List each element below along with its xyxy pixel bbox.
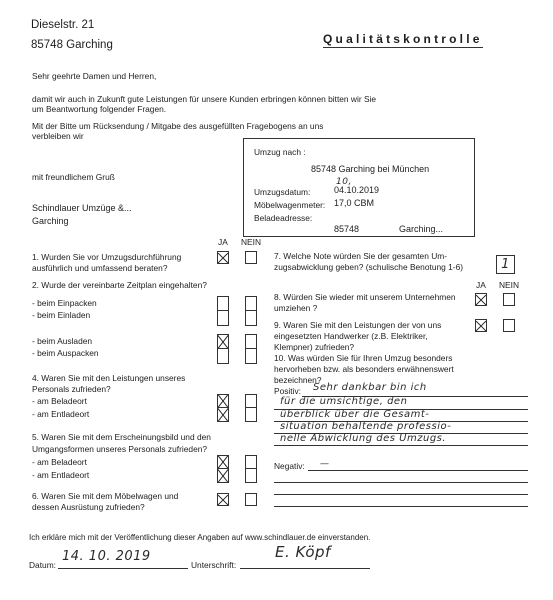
move-date-value: 04.10.2019 [334, 185, 379, 197]
q5-line-1: 5. Waren Sie mit dem Erscheinungsbild un… [32, 432, 211, 443]
q2-einpacken-yes[interactable] [218, 297, 228, 311]
negative-answer[interactable]: — [320, 459, 330, 469]
q4-beladeort-yes[interactable] [218, 395, 228, 408]
consent-text: Ich erkläre mich mit der Veröffentlichun… [29, 533, 370, 542]
q7-line-2: zugsabwicklung geben? (schulische Benotu… [274, 262, 463, 273]
q5-no-checkbox-group[interactable] [245, 455, 257, 483]
q2-item-2: - beim Einladen [32, 310, 90, 321]
page-title: Qualitätskontrolle [323, 32, 483, 48]
q4-line-1: 4. Waren Sie mit den Leistungen unseres [32, 373, 185, 384]
q9-line-3: Klempner) zufrieden? [274, 342, 354, 353]
q9-no-checkbox[interactable] [503, 319, 515, 332]
q9-yes-checkbox[interactable] [475, 319, 487, 332]
pickup-label: Beladeadresse: [254, 213, 312, 224]
q8-line-2: umziehen ? [274, 303, 317, 314]
q6-line-2: dessen Ausrüstung zufrieden? [32, 502, 145, 513]
q2-yes-checkbox-group-2[interactable] [217, 334, 229, 364]
q5-entladeort-no[interactable] [246, 469, 256, 482]
pickup-city: Garching... [399, 224, 443, 236]
negative-underline-1 [308, 470, 528, 471]
q1-line-1: 1. Wurden Sie vor Umzugsdurchführung [32, 252, 181, 263]
request-line-2: verbleiben wir [32, 131, 84, 142]
q9-line-2: eingesetzten Handwerker (z.B. Elektriker… [274, 331, 428, 342]
request-line-1: Mit der Bitte um Rücksendung / Mitgabe d… [32, 121, 323, 132]
address-street: Dieselstr. 21 [31, 19, 94, 31]
q1-line-2: ausführlich und umfassend beraten? [32, 263, 168, 274]
q10-line-2: hervorheben bzw. als besonders erwähnens… [274, 364, 454, 375]
q2-title: 2. Wurde der vereinbarte Zeitplan eingeh… [32, 280, 207, 291]
intro-line-1: damit wir auch in Zukunft gute Leistunge… [32, 94, 376, 105]
q2-item-1: - beim Einpacken [32, 298, 97, 309]
positive-answer-line-3[interactable]: überblick über die Gesamt- [280, 409, 429, 420]
q2-ausladen-no[interactable] [246, 335, 256, 349]
q2-no-checkbox-group-2[interactable] [245, 334, 257, 364]
q2-auspacken-yes[interactable] [218, 349, 228, 363]
positive-answer-line-4[interactable]: situation behaltende professio- [280, 421, 451, 432]
address-city: 85748 Garching [31, 39, 113, 51]
q5-yes-checkbox-group[interactable] [217, 455, 229, 483]
q7-line-1: 7. Welche Note würden Sie der gesamten U… [274, 251, 447, 262]
q2-no-checkbox-group-1[interactable] [245, 296, 257, 326]
intro-line-2: um Beantwortung folgender Fragen. [32, 104, 166, 115]
q4-line-2: Personals zufrieden? [32, 384, 111, 395]
q4-entladeort-yes[interactable] [218, 408, 228, 421]
volume-label: Möbelwagenmeter: [254, 200, 325, 211]
q8-yes-checkbox[interactable] [475, 293, 487, 306]
q5-beladeort-yes[interactable] [218, 456, 228, 469]
q4-beladeort-no[interactable] [246, 395, 256, 408]
pickup-zip: 85748 [334, 224, 359, 236]
q2-auspacken-no[interactable] [246, 349, 256, 363]
negative-underline-3 [274, 494, 528, 495]
q5-line-2: Umgangsformen unseres Personals zufriede… [32, 444, 207, 455]
column-no-right: NEIN [499, 280, 519, 291]
signature-underline [240, 568, 370, 569]
closing: mit freundlichem Gruß [32, 172, 115, 183]
greeting: Sehr geehrte Damen und Herren, [32, 71, 156, 82]
q8-line-1: 8. Würden Sie wieder mit unserem Unterne… [274, 292, 456, 303]
q2-item-3: - beim Ausladen [32, 336, 92, 347]
column-no-left: NEIN [241, 237, 261, 248]
q4-entladeort-no[interactable] [246, 408, 256, 421]
q5-item-1: - am Beladeort [32, 457, 87, 468]
date-label: Datum: [29, 560, 56, 571]
positive-label: Positiv: [274, 386, 301, 397]
q2-einladen-yes[interactable] [218, 311, 228, 325]
move-destination: 85748 Garching bei München [311, 164, 429, 176]
positive-answer-line-5[interactable]: nelle Abwicklung des Umzugs. [280, 433, 446, 444]
negative-label: Negativ: [274, 461, 305, 472]
q8-no-checkbox[interactable] [503, 293, 515, 306]
company-name: Schindlauer Umzüge &... [32, 203, 132, 215]
company-city: Garching [32, 216, 69, 228]
q5-entladeort-yes[interactable] [218, 469, 228, 482]
date-field[interactable]: 14. 10. 2019 [62, 549, 151, 564]
q2-yes-checkbox-group-1[interactable] [217, 296, 229, 326]
q4-item-2: - am Entladeort [32, 409, 89, 420]
column-yes-left: JA [218, 237, 228, 248]
signature-label: Unterschrift: [191, 560, 236, 571]
positive-underline-5 [274, 445, 528, 446]
signature-field[interactable]: E. Köpf [275, 543, 331, 561]
positive-answer-line-1[interactable]: Sehr dankbar bin ich [313, 382, 427, 393]
negative-underline-4 [274, 506, 528, 507]
move-to-label: Umzug nach : [254, 147, 306, 158]
q10-line-1: 10. Was würden Sie für Ihren Umzug beson… [274, 353, 452, 364]
q2-einladen-no[interactable] [246, 311, 256, 325]
move-date-label: Umzugsdatum: [254, 187, 310, 198]
q2-item-4: - beim Auspacken [32, 348, 99, 359]
q7-grade-field[interactable]: 1 [496, 255, 515, 274]
q4-yes-checkbox-group[interactable] [217, 394, 229, 422]
column-yes-right: JA [476, 280, 486, 291]
q2-ausladen-yes[interactable] [218, 335, 228, 349]
q9-line-1: 9. Waren Sie mit den Leistungen der von … [274, 320, 441, 331]
q1-no-checkbox[interactable] [245, 251, 257, 264]
q6-line-1: 6. Waren Sie mit dem Möbelwagen und [32, 491, 178, 502]
volume-value: 17,0 CBM [334, 198, 374, 210]
move-info-box: Umzug nach : 85748 Garching bei München … [243, 138, 475, 237]
q5-item-2: - am Entladeort [32, 470, 89, 481]
q4-no-checkbox-group[interactable] [245, 394, 257, 422]
q4-item-1: - am Beladeort [32, 396, 87, 407]
positive-answer-line-2[interactable]: für die umsichtige, den [280, 396, 407, 407]
negative-underline-2 [274, 482, 528, 483]
date-underline [58, 568, 188, 569]
q2-einpacken-no[interactable] [246, 297, 256, 311]
q6-yes-checkbox[interactable] [217, 493, 229, 506]
q1-yes-checkbox[interactable] [217, 251, 229, 264]
q6-no-checkbox[interactable] [245, 493, 257, 506]
q5-beladeort-no[interactable] [246, 456, 256, 469]
